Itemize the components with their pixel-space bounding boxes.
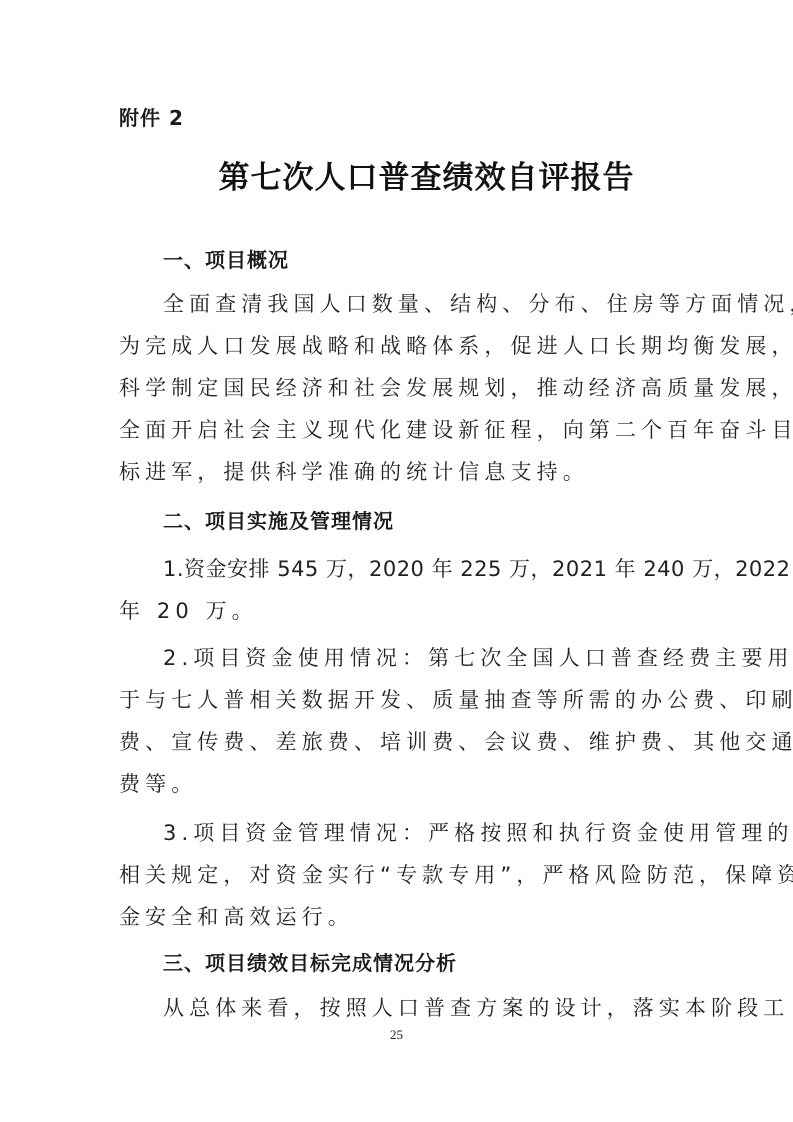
document-page: 附件 2 第七次人口普查绩效自评报告 一、项目概况 全面查清我国人口数量、结构、… (0, 0, 793, 1122)
paragraph-line: 标进军，提供科学准确的统计信息支持。 (119, 456, 674, 486)
paragraph-line: 费、宣传费、差旅费、培训费、会议费、维护费、其他交通 (119, 726, 674, 756)
paragraph-line: 3.项目资金管理情况：严格按照和执行资金使用管理的 (163, 817, 674, 847)
paragraph-line: 科学制定国民经济和社会发展规划，推动经济高质量发展， (119, 372, 674, 402)
paragraph-line: 年 20 万。 (119, 595, 674, 625)
paragraph-line: 全面查清我国人口数量、结构、分布、住房等方面情况， (163, 288, 674, 318)
paragraph-line: 为完成人口发展战略和战略体系，促进人口长期均衡发展， (119, 330, 674, 360)
section-heading-overview: 一、项目概况 (163, 244, 289, 273)
attachment-label: 附件 2 (119, 102, 184, 131)
paragraph-line: 费等。 (119, 768, 674, 798)
section-heading-implementation: 二、项目实施及管理情况 (163, 505, 394, 534)
paragraph-line: 1.资金安排 545 万，2020 年 225 万，2021 年 240 万，2… (163, 553, 674, 583)
page-number: 25 (0, 1027, 793, 1043)
section-heading-performance: 三、项目绩效目标完成情况分析 (163, 947, 457, 976)
page-title: 第七次人口普查绩效自评报告 (0, 152, 793, 197)
paragraph-line: 从总体来看，按照人口普查方案的设计，落实本阶段工 (163, 992, 674, 1022)
paragraph-line: 金安全和高效运行。 (119, 901, 674, 931)
paragraph-line: 2.项目资金使用情况：第七次全国人口普查经费主要用 (163, 642, 674, 672)
paragraph-line: 相关规定，对资金实行“专款专用”，严格风险防范，保障资 (119, 859, 674, 889)
paragraph-line: 于与七人普相关数据开发、质量抽查等所需的办公费、印刷 (119, 684, 674, 714)
paragraph-line: 全面开启社会主义现代化建设新征程，向第二个百年奋斗目 (119, 414, 674, 444)
